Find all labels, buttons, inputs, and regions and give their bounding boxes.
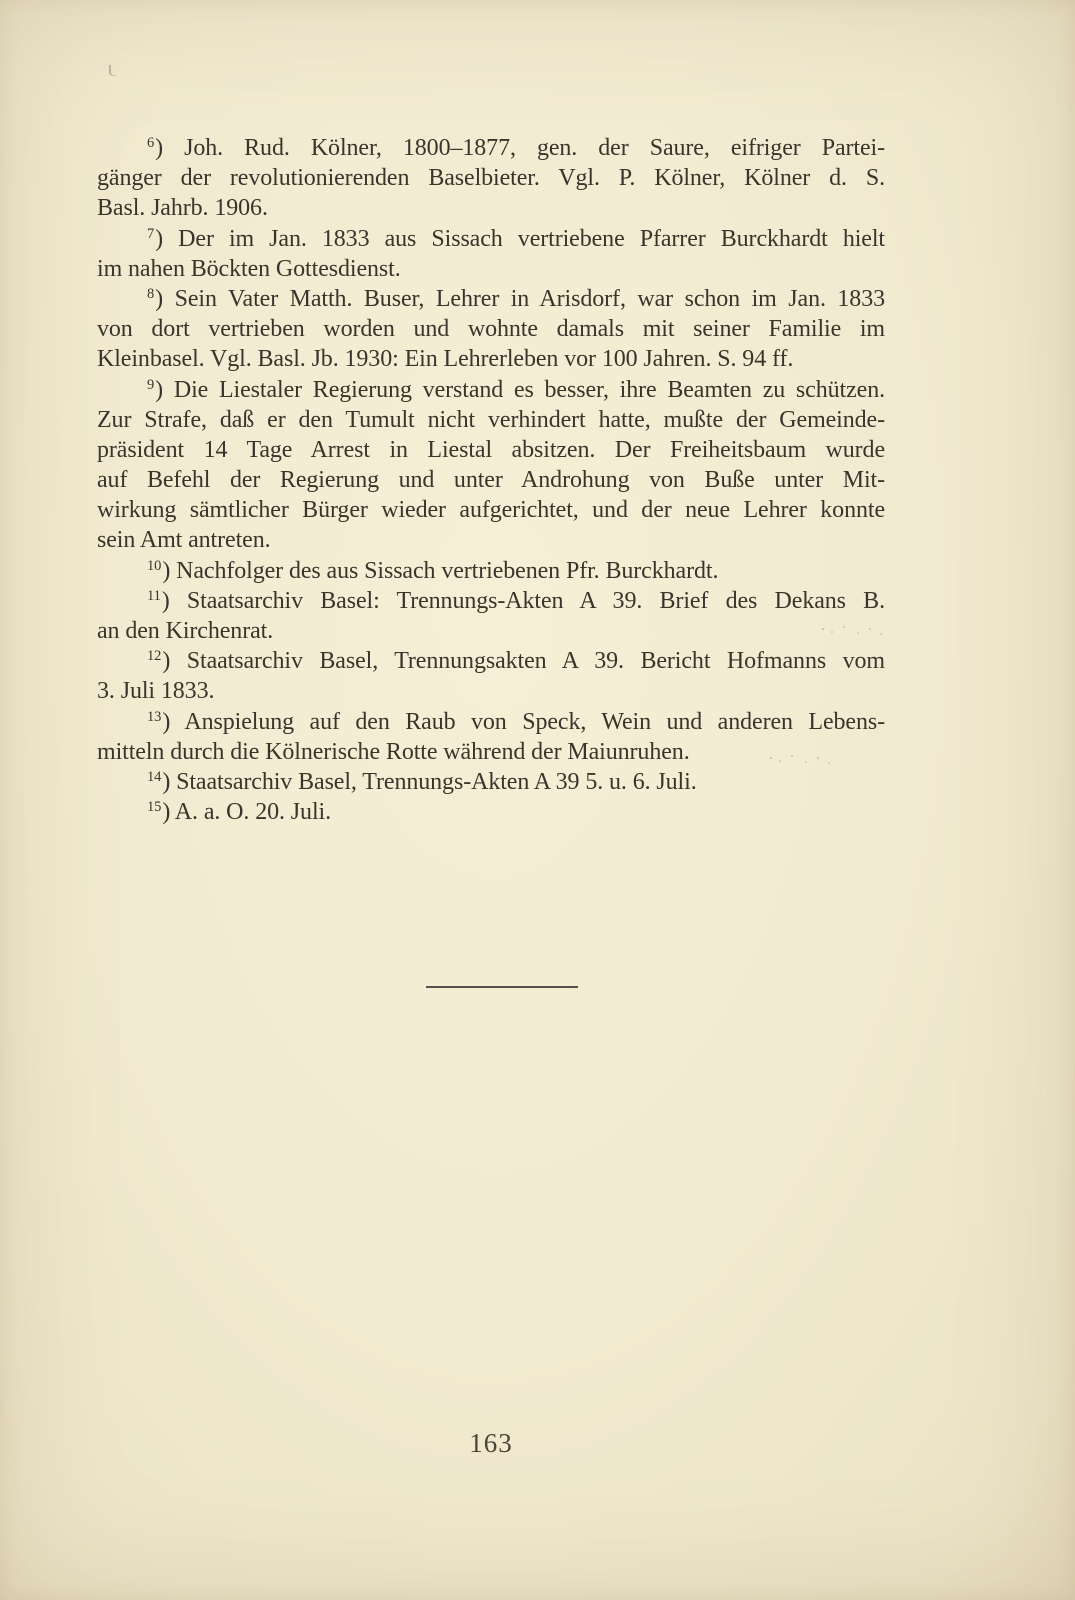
- footnote-line: mitteln durch die Kölnerische Rotte währ…: [97, 737, 885, 767]
- footnote-line: von dort vertrieben worden und wohnte da…: [97, 314, 885, 344]
- footnote-number: 10: [147, 558, 161, 574]
- footnote-number: 15: [147, 799, 161, 815]
- book-page: 6) Joh. Rud. Kölner, 1800–1877, gen. der…: [0, 0, 1075, 1600]
- footnote-line: 14) Staatsarchiv Basel, Trennungs-Akten …: [97, 767, 885, 797]
- footnote-line: Basl. Jahrb. 1906.: [97, 193, 885, 223]
- footnote-line: Kleinbasel. Vgl. Basl. Jb. 1930: Ein Leh…: [97, 344, 885, 374]
- footnotes-block: 6) Joh. Rud. Kölner, 1800–1877, gen. der…: [97, 133, 885, 827]
- footnote-line: 15) A. a. O. 20. Juli.: [97, 797, 885, 827]
- footnote-line: 3. Juli 1833.: [97, 676, 885, 706]
- footnote-number: 9: [147, 377, 154, 393]
- page-number: 163: [97, 1428, 885, 1459]
- footnote-number: 6: [147, 135, 154, 151]
- scan-artifact: [109, 65, 116, 76]
- footnote-number: 12: [147, 648, 161, 664]
- footnote-number: 8: [147, 286, 154, 302]
- footnote-line: auf Befehl der Regierung und unter Andro…: [97, 465, 885, 495]
- footnote-number: 7: [147, 226, 154, 242]
- footnote-line: an den Kirchenrat.: [97, 616, 885, 646]
- footnote-number: 14: [147, 769, 161, 785]
- footnote-line: präsident 14 Tage Arrest in Liestal absi…: [97, 435, 885, 465]
- footnote-line: 8) Sein Vater Matth. Buser, Lehrer in Ar…: [97, 284, 885, 314]
- footnote-line: 6) Joh. Rud. Kölner, 1800–1877, gen. der…: [97, 133, 885, 163]
- footnote-line: 7) Der im Jan. 1833 aus Sissach vertrieb…: [97, 224, 885, 254]
- footnote-end-rule: [426, 986, 578, 988]
- footnote-line: 12) Staatsarchiv Basel, Trennungsakten A…: [97, 646, 885, 676]
- footnote-line: Zur Strafe, daß er den Tumult nicht verh…: [97, 405, 885, 435]
- footnote-line: sein Amt antreten.: [97, 525, 885, 555]
- footnote-number: 11: [147, 588, 161, 604]
- footnote-line: 13) Anspielung auf den Raub von Speck, W…: [97, 707, 885, 737]
- footnote-line: wirkung sämtlicher Bürger wieder aufgeri…: [97, 495, 885, 525]
- scan-artifact: [770, 757, 772, 759]
- footnote-line: 9) Die Liestaler Regierung verstand es b…: [97, 375, 885, 405]
- footnote-line: im nahen Böckten Gottesdienst.: [97, 254, 885, 284]
- footnote-line: 10) Nachfolger des aus Sissach vertriebe…: [97, 556, 885, 586]
- footnote-line: gänger der revolutionierenden Baselbiete…: [97, 163, 885, 193]
- footnote-number: 13: [147, 709, 161, 725]
- scan-artifact: [822, 628, 824, 630]
- footnote-line: 11) Staatsarchiv Basel: Trennungs-Akten …: [97, 586, 885, 616]
